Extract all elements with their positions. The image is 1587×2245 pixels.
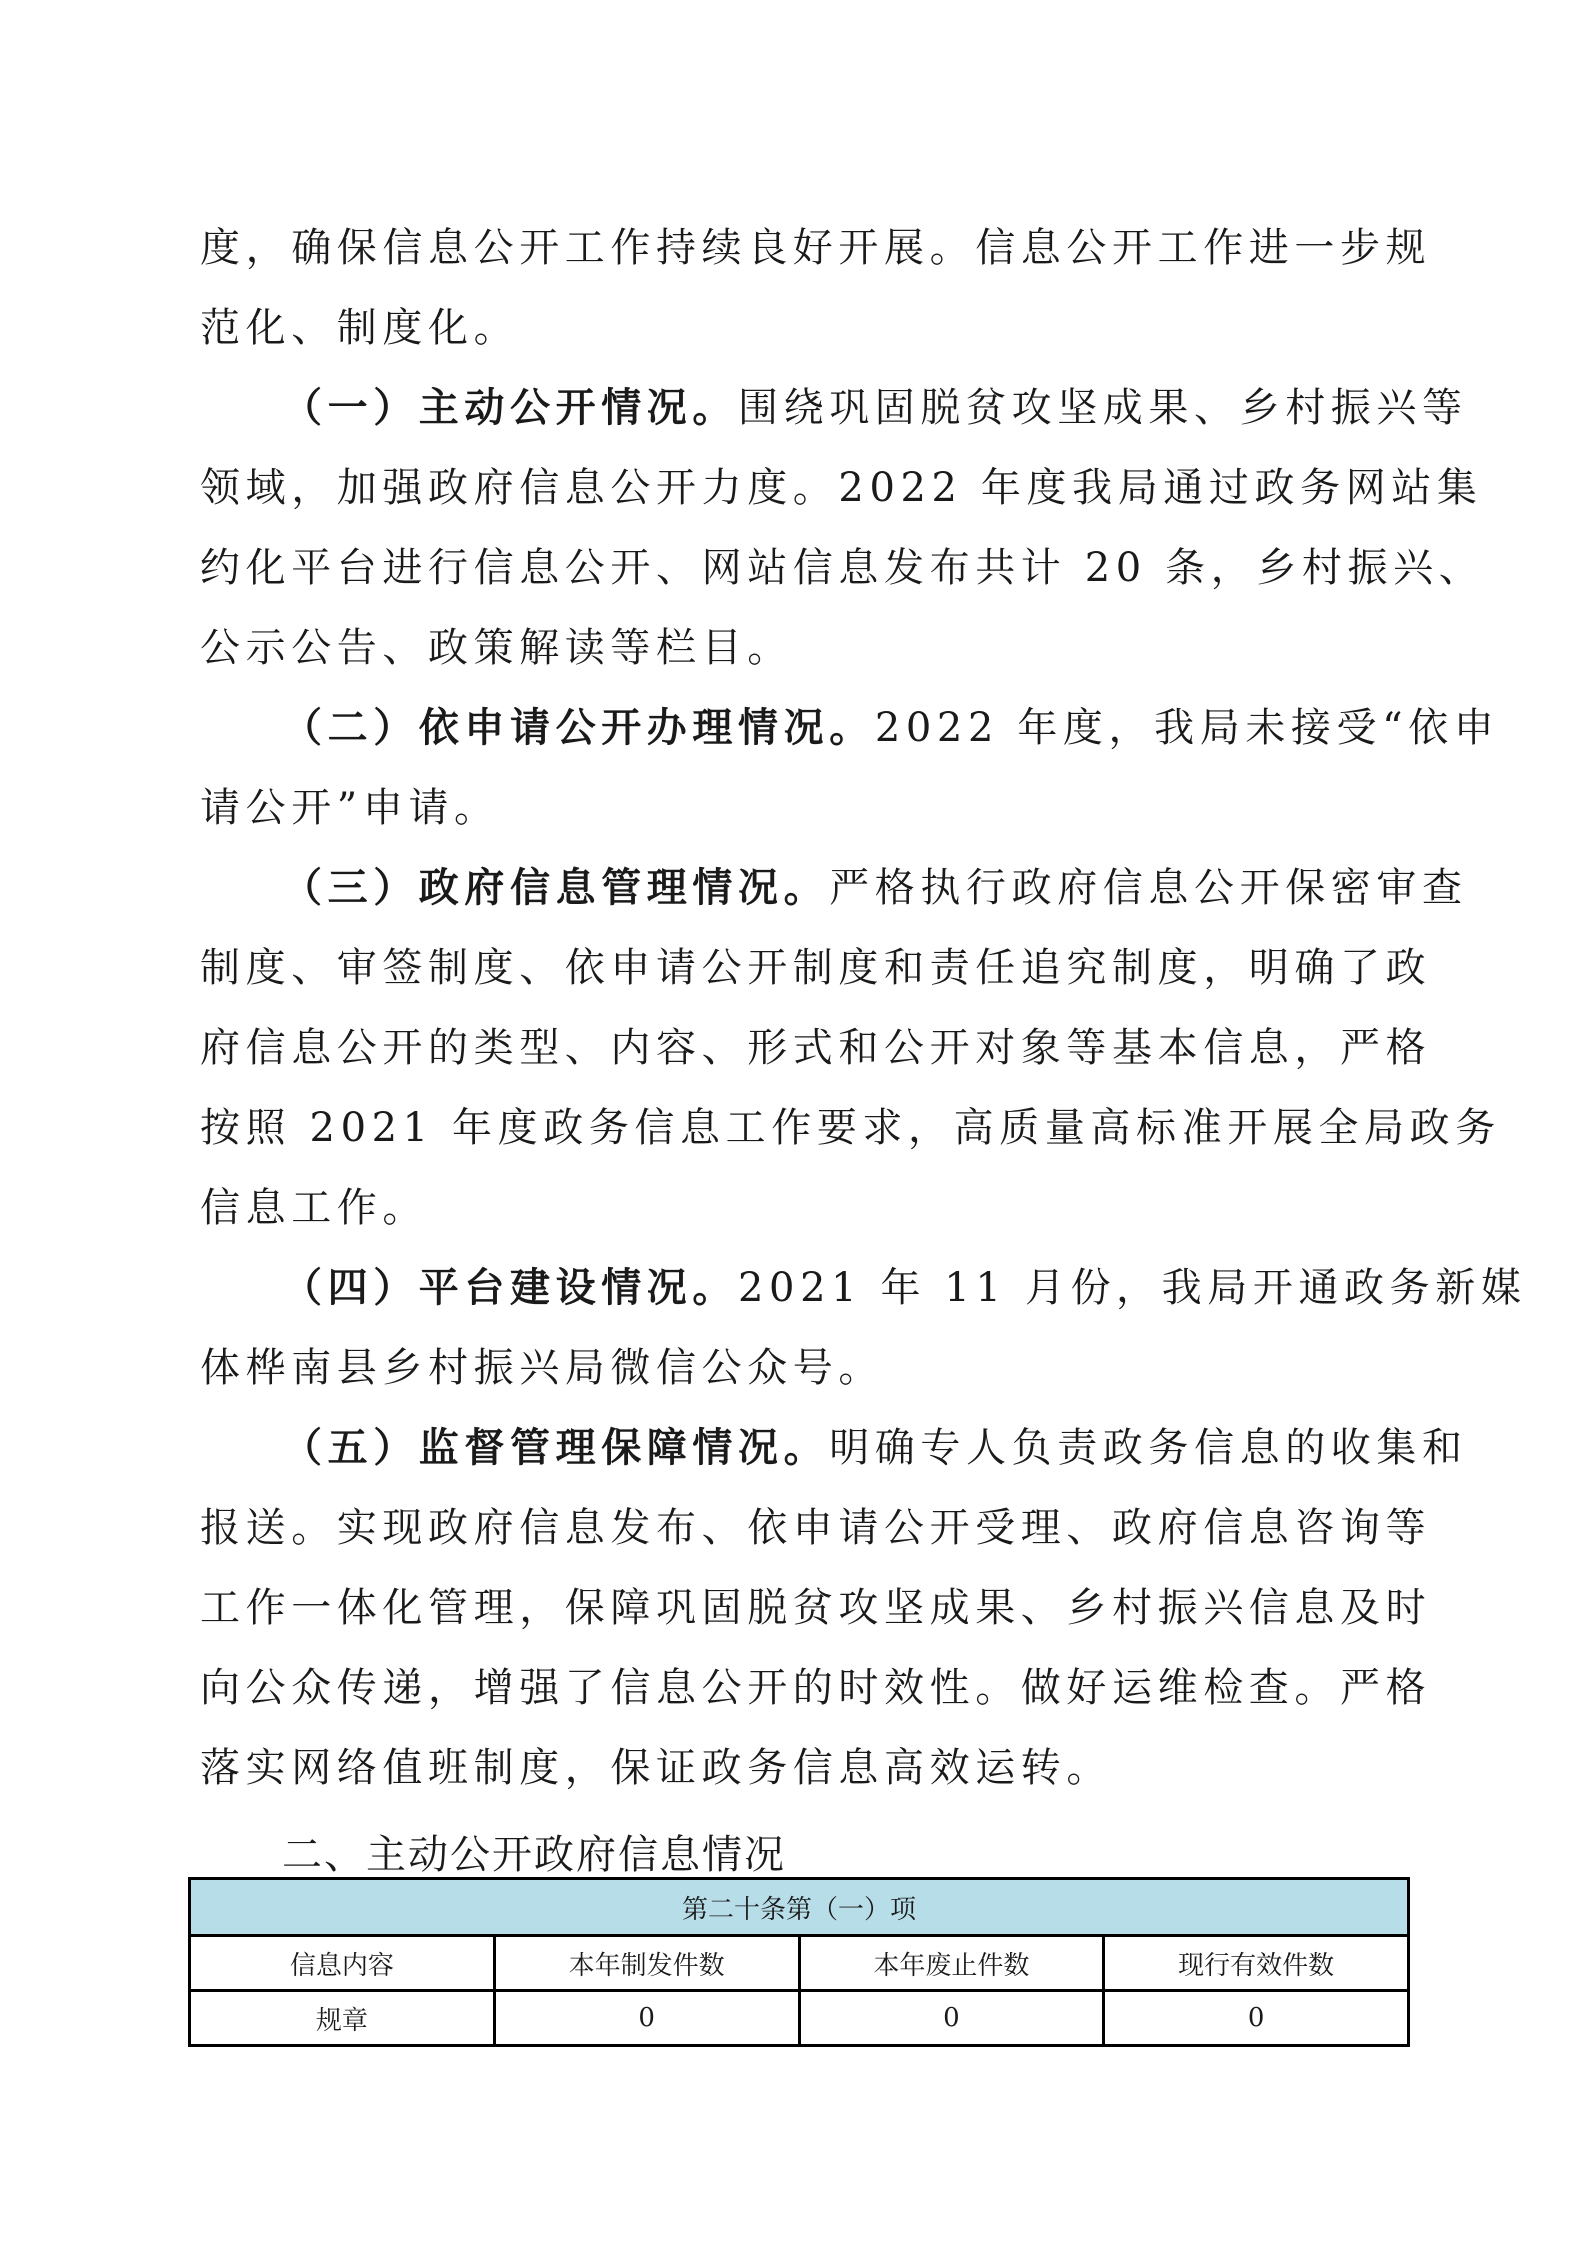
paragraph-line: 报送。实现政府信息发布、依申请公开受理、政府信息咨询等 (200, 1508, 1431, 1548)
paragraph-first-line: （二）依申请公开办理情况。2022 年度，我局未接受“依申 (282, 708, 1499, 748)
subsection-title: （一）主动公开情况。 (282, 385, 738, 431)
table-cell: 0 (799, 1991, 1104, 2046)
paragraph-line: 领域，加强政府信息公开力度。2022 年度我局通过政务网站集 (200, 468, 1483, 508)
subsection-title: （二）依申请公开办理情况。 (282, 705, 875, 751)
paragraph-text: 围绕巩固脱贫攻坚成果、乡村振兴等 (738, 385, 1468, 431)
column-header: 信息内容 (190, 1936, 495, 1991)
paragraph-line: 向公众传递，增强了信息公开的时效性。做好运维检查。严格 (200, 1668, 1431, 1708)
subsection-title: （四）平台建设情况。 (282, 1265, 738, 1311)
paragraph-line: 约化平台进行信息公开、网站信息发布共计 20 条，乡村振兴、 (200, 548, 1484, 588)
paragraph-first-line: （四）平台建设情况。2021 年 11 月份，我局开通政务新媒 (282, 1268, 1526, 1308)
paragraph-line: 府信息公开的类型、内容、形式和公开对象等基本信息，严格 (200, 1028, 1431, 1068)
table-header-row: 信息内容 本年制发件数 本年废止件数 现行有效件数 (190, 1936, 1409, 1991)
section-heading: 二、主动公开政府信息情况 (282, 1835, 786, 1875)
paragraph-line: 制度、审签制度、依申请公开制度和责任追究制度，明确了政 (200, 948, 1431, 988)
paragraph-text: 明确专人负责政务信息的收集和 (829, 1425, 1467, 1471)
column-header: 现行有效件数 (1104, 1936, 1409, 1991)
paragraph-line: 落实网络值班制度，保证政务信息高效运转。 (200, 1748, 1112, 1788)
paragraph-line: 信息工作。 (200, 1188, 428, 1228)
paragraph-text: 2022 年度，我局未接受“依申 (875, 705, 1500, 751)
paragraph-line: 度，确保信息公开工作持续良好开展。信息公开工作进一步规 (200, 228, 1431, 268)
table-caption: 第二十条第（一）项 (190, 1879, 1409, 1936)
disclosure-table: 第二十条第（一）项 信息内容 本年制发件数 本年废止件数 现行有效件数 规章 0… (188, 1877, 1410, 2047)
table-row: 规章 0 0 0 (190, 1991, 1409, 2046)
table-cell: 0 (1104, 1991, 1409, 2046)
table-cell: 0 (494, 1991, 799, 2046)
subsection-title: （三）政府信息管理情况。 (282, 865, 829, 911)
paragraph-first-line: （一）主动公开情况。围绕巩固脱贫攻坚成果、乡村振兴等 (282, 388, 1468, 428)
table-cell: 规章 (190, 1991, 495, 2046)
paragraph-line: 请公开”申请。 (200, 788, 500, 828)
paragraph-text: 2021 年 11 月份，我局开通政务新媒 (738, 1265, 1526, 1311)
paragraph-line: 公示公告、政策解读等栏目。 (200, 628, 793, 668)
paragraph-text: 严格执行政府信息公开保密审查 (829, 865, 1467, 911)
column-header: 本年废止件数 (799, 1936, 1104, 1991)
paragraph-line: 按照 2021 年度政务信息工作要求，高质量高标准开展全局政务 (200, 1108, 1501, 1148)
paragraph-first-line: （三）政府信息管理情况。严格执行政府信息公开保密审查 (282, 868, 1468, 908)
column-header: 本年制发件数 (494, 1936, 799, 1991)
paragraph-line: 工作一体化管理，保障巩固脱贫攻坚成果、乡村振兴信息及时 (200, 1588, 1431, 1628)
subsection-title: （五）监督管理保障情况。 (282, 1425, 829, 1471)
paragraph-line: 体桦南县乡村振兴局微信公众号。 (200, 1348, 884, 1388)
paragraph-first-line: （五）监督管理保障情况。明确专人负责政务信息的收集和 (282, 1428, 1468, 1468)
paragraph-line: 范化、制度化。 (200, 308, 519, 348)
